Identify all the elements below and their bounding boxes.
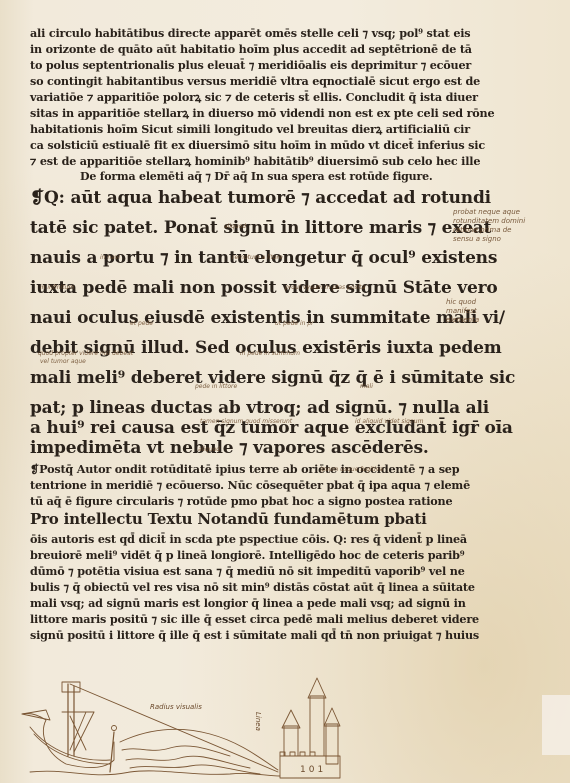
interlinear-gloss: id aliquid videt signum (355, 418, 423, 425)
interlinear-gloss: mali (360, 383, 373, 390)
text-line: ōis autoris est qd̄ dicit̄ in scda pte p… (30, 532, 467, 546)
text-line-large: pat; p lineas ductas ab vtroq; ad signū.… (30, 398, 489, 418)
interlinear-gloss: prout vysum in ptas posita (285, 284, 365, 291)
text-line: ❡Postq̄ Autor ondit rotūditatē ipius ter… (30, 462, 459, 476)
interlinear-gloss: aliquod (224, 223, 246, 230)
text-line: sitas in apparitiōe stellarꝝ in diuerso … (30, 106, 494, 121)
text-line: so contingit habitantibus versus meridiē… (30, 74, 480, 88)
text-line-large: mali meli⁹ deberet videre signū q̄z q̄ ē… (30, 368, 515, 388)
text-line: mali vsq; ad signū maris est longior q̄ … (30, 596, 466, 610)
interlinear-gloss: tamen signum quod misserunt (200, 418, 292, 425)
section-heading: Pro intellectu Textu Notandū fundamētum … (30, 510, 427, 528)
text-line: in orizonte de quāto aūt habitatio hoīm … (30, 42, 472, 56)
interlinear-gloss: vel tumor aque (40, 358, 86, 365)
interlinear-gloss: remotum a litore (232, 254, 283, 261)
text-line-large: impedimēta vt nebule ⁊ vapores ascēderēs… (30, 438, 429, 458)
text-line: dūmō ⁊ potētia visiua est sana ⁊ q̄ medi… (30, 564, 465, 578)
drawing-label-radius: Radius visualis (150, 703, 202, 711)
interlinear-gloss: ipsum usque fugitiva (320, 466, 383, 473)
text-line: breuiorē meli⁹ vidēt q̄ p lineā longiorē… (30, 548, 464, 562)
text-line: tū aq̄ ē figure circularis ⁊ rotūde pmo … (30, 494, 452, 508)
text-line: to polus septentrionalis plus eleuat̄ ⁊ … (30, 58, 471, 72)
interlinear-gloss: in pede in summum (240, 350, 300, 357)
text-line: littore maris positū ⁊ sic ille q̄ esset… (30, 612, 479, 626)
castle-number: 101 (300, 765, 326, 775)
text-line-large: ❡Q: aūt aqua habeat tumorē ⁊ accedat ad … (30, 188, 491, 208)
text-line-large: naui oculus eiusdē existentis in summita… (30, 308, 505, 328)
interlinear-gloss: in navi (100, 254, 120, 261)
interlinear-gloss: pede in littore (195, 383, 237, 390)
margin-note: hic quod manifest elementa (446, 298, 479, 325)
drawing-label-tower: Linea (254, 712, 262, 731)
text-line: tentrione in meridiē ⁊ ecōuerso. Nūc cōs… (30, 478, 470, 492)
text-line: signū positū i littore q̄ ille q̄ est i … (30, 628, 479, 642)
chapter-heading: De forma elemēti aq̄ ⁊ Dr̄ aq̄ In sua sp… (80, 170, 433, 183)
text-line: variatiōe ⁊ apparitiōe polorꝝ sic ⁊ de c… (30, 90, 478, 105)
margin-note: probat neque aque rotunditatem domini ra… (453, 208, 525, 244)
paper-stain (542, 695, 570, 755)
text-line: ⁊ est de apparitiōe stellarꝝ hominib⁹ ha… (30, 154, 480, 169)
interlinear-gloss: ut pede in pr (275, 320, 314, 327)
page-background: ali circulo habitātibus directe apparēt … (0, 0, 570, 783)
text-line-large: tatē sic patet. Ponat̄ signū in littore … (30, 218, 491, 238)
text-line: bulis ⁊ q̄ obiectū vel res visa nō sit m… (30, 580, 475, 594)
interlinear-gloss: in infinitum (40, 284, 74, 291)
text-line-large: iuxta pedē mali non possit videre signū … (30, 278, 497, 298)
interlinear-gloss: aliquod (198, 446, 220, 453)
text-line: ali circulo habitātibus directe apparēt … (30, 26, 470, 40)
text-line: ca solsticiū estiualē fit ex diuersimō s… (30, 138, 485, 152)
sight-line (70, 684, 278, 772)
interlinear-gloss: et pede (130, 320, 153, 327)
text-line: habitationis hoīm Sicut simili longitudo… (30, 122, 470, 137)
interlinear-gloss: quod propter videre nisi debeat (38, 350, 133, 357)
